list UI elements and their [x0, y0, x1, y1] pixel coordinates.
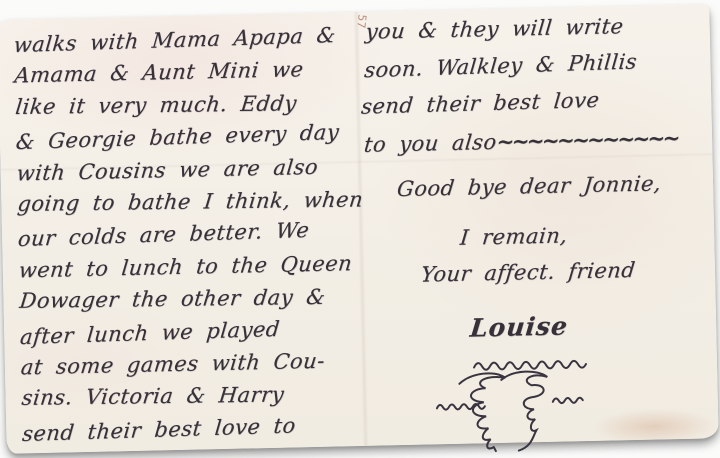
closing-line: I remain,	[459, 223, 569, 249]
handwritten-text: to you also	[363, 130, 498, 157]
signature: Louise	[469, 311, 570, 342]
letter-paper: 57 walks with Mama Apapa & Amama & Aunt …	[0, 4, 719, 453]
underline-squiggle	[474, 361, 586, 370]
flourish-squiggle: ~~~~~~~~~~~~	[495, 125, 679, 154]
signature-doodle	[413, 356, 615, 458]
left-page: walks with Mama Apapa & Amama & Aunt Min…	[14, 20, 367, 448]
left-cone-spiral	[459, 373, 507, 452]
handwritten-line: to you also~~~~~~~~~~~~	[363, 125, 679, 157]
closing-line: Your affect. friend	[420, 258, 637, 287]
handwritten-line: send their best love	[360, 88, 600, 119]
farewell-line: Good bye dear Jonnie,	[396, 171, 662, 201]
handwritten-line: you & they will write	[364, 14, 624, 44]
right-cone-spiral	[501, 371, 549, 451]
right-side-squiggle	[553, 398, 583, 404]
handwritten-line: soon. Walkley & Phillis	[363, 49, 638, 82]
